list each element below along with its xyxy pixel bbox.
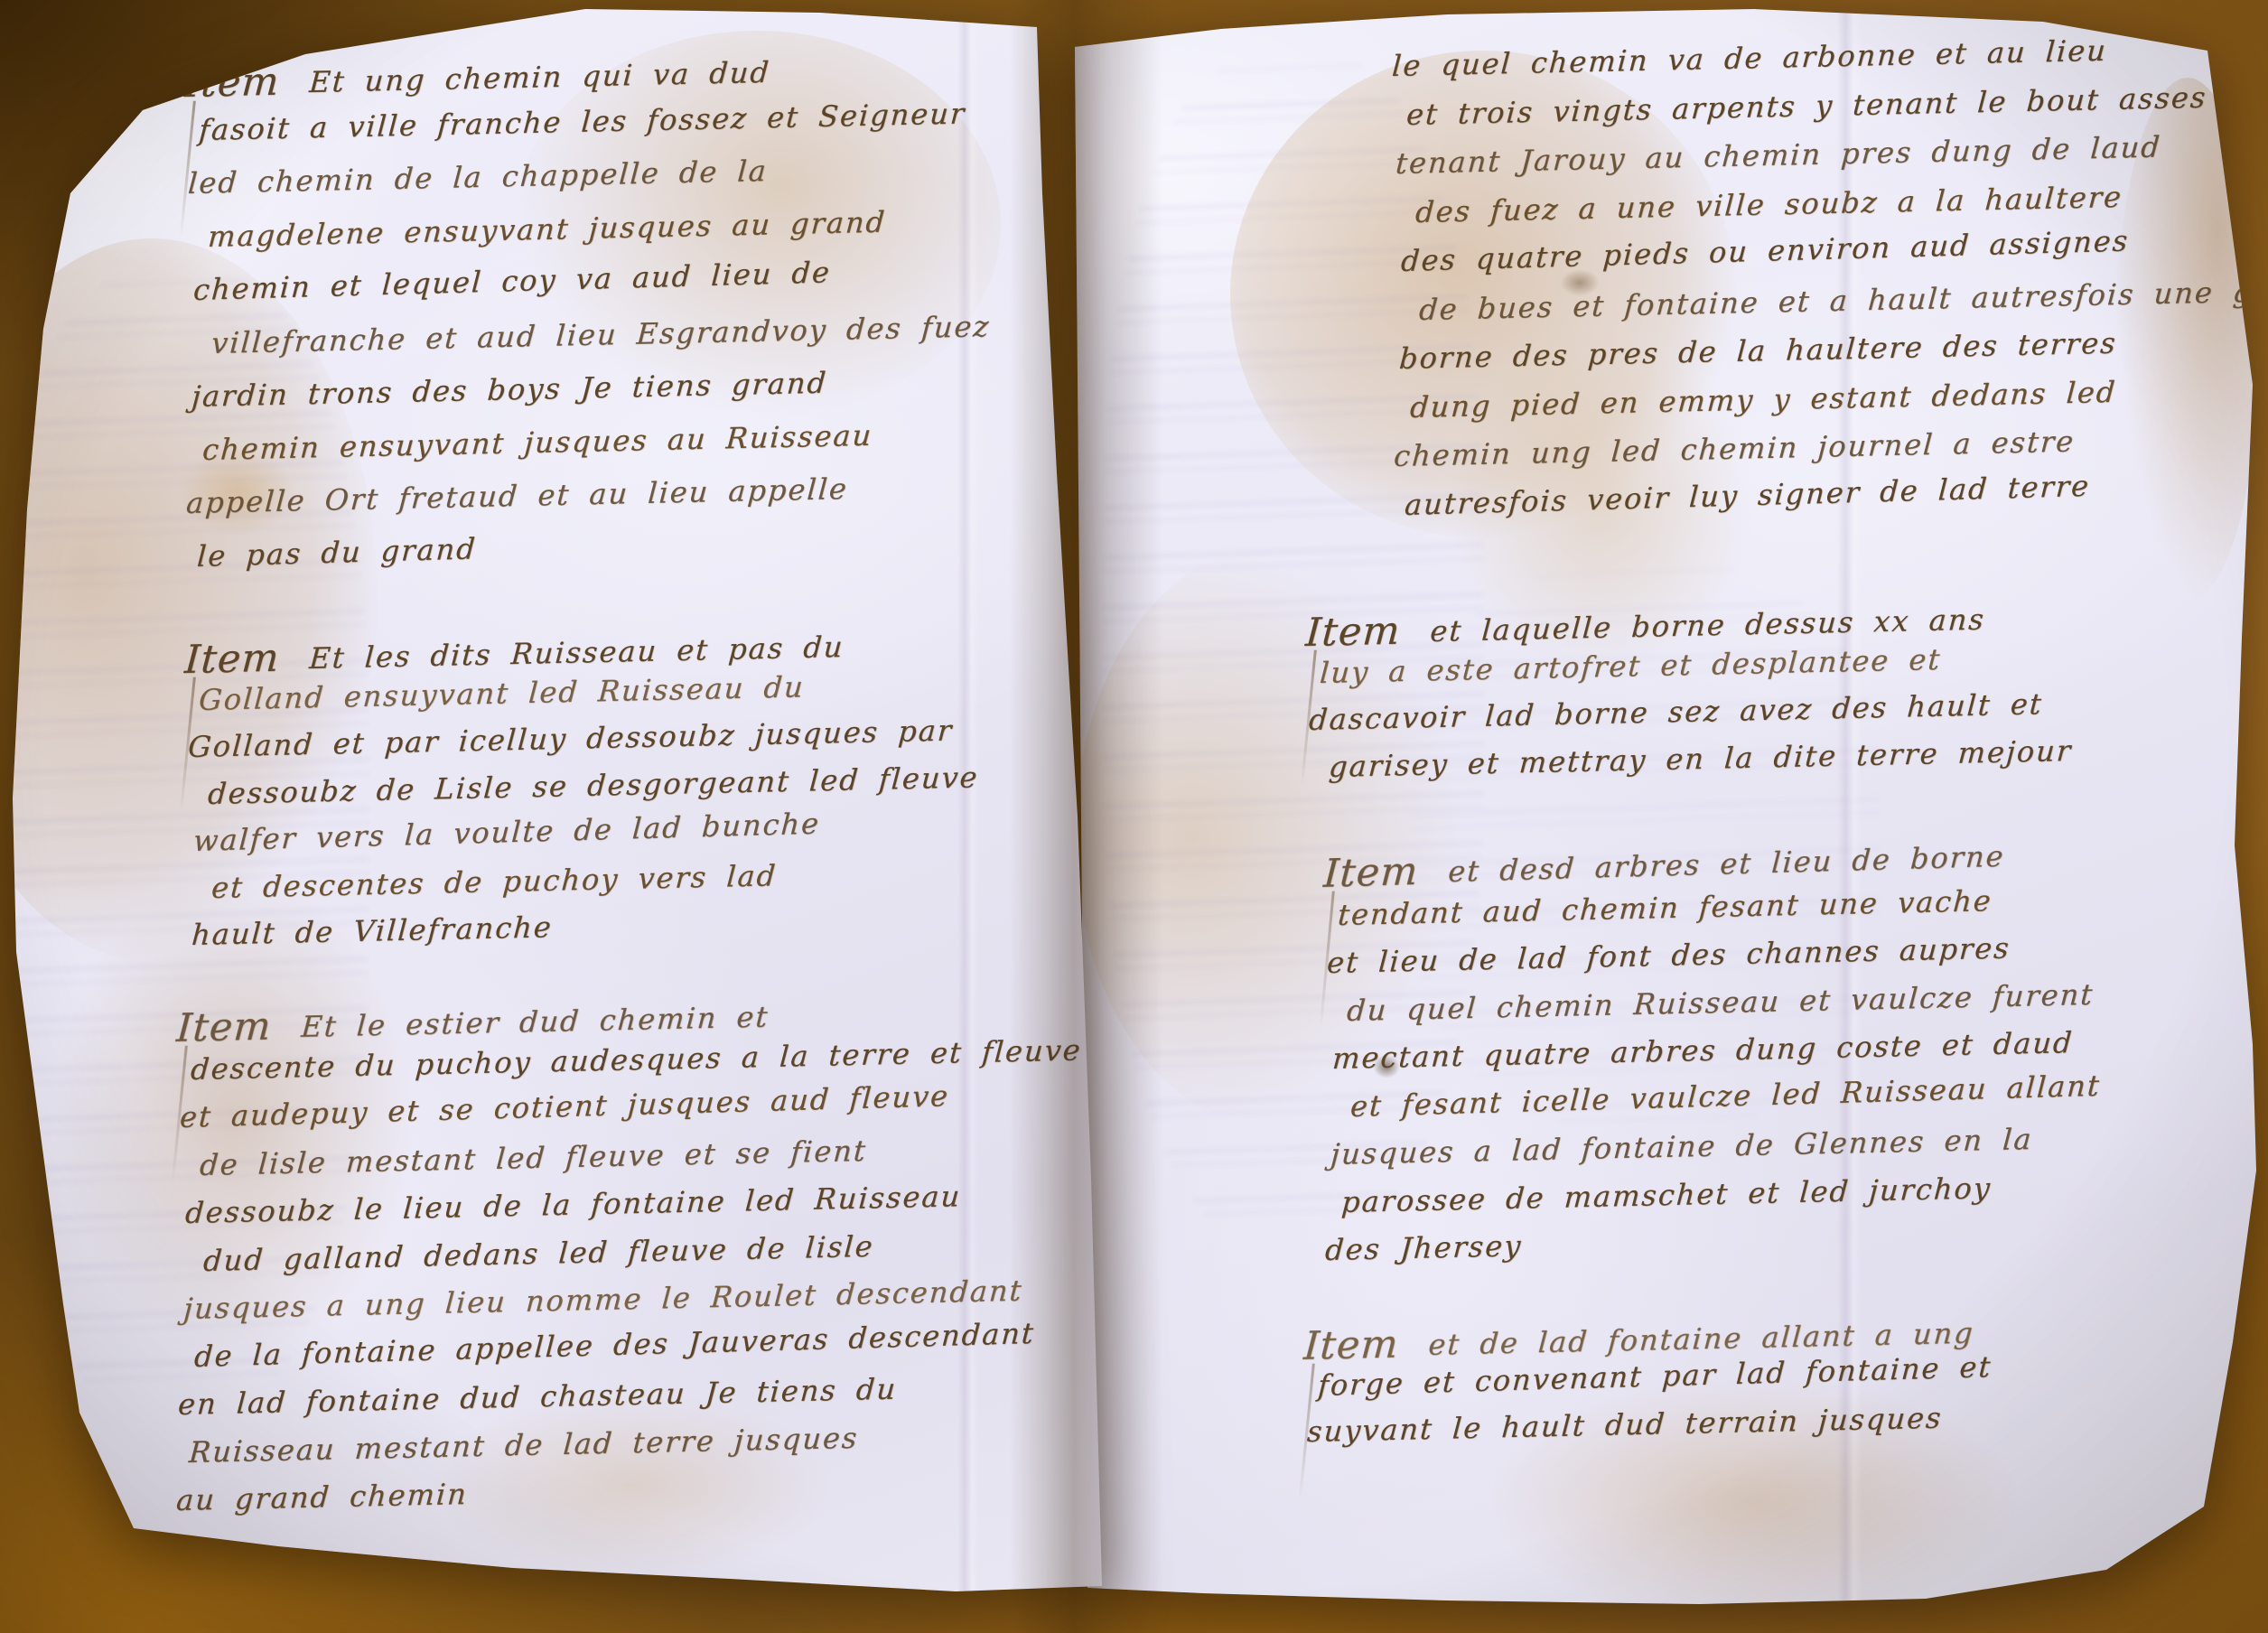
manuscript-line: jusques a lad fontaine de Glennes en la <box>1330 1122 2034 1171</box>
manuscript-line: dascavoir lad borne sez avez des hault e… <box>1308 686 2044 737</box>
item-initial: Item <box>1304 609 1402 656</box>
manuscript-line: et descentes de puchoy vers lad <box>210 858 778 905</box>
manuscript-line: borne des pres de la haultere des terres <box>1398 326 2118 376</box>
manuscript-line: dessoubz le lieu de la fontaine led Ruis… <box>184 1179 962 1230</box>
manuscript-line: dung pied en emmy y estant dedans led <box>1409 375 2118 425</box>
manuscript-line: en lad fontaine dud chasteau Je tiens du <box>177 1372 898 1422</box>
manuscript-line: jardin trons des boys Je tiens grand <box>191 366 828 414</box>
manuscript-line: mectant quatre arbres dung coste et daud <box>1331 1025 2075 1076</box>
manuscript-line: fasoit a ville franche les fossez et Sei… <box>198 96 966 147</box>
item-initial: Item <box>175 1004 273 1051</box>
manuscript-line: le quel chemin va de arbonne et au lieu <box>1391 33 2108 83</box>
right-page-text: le quel chemin va de arbonne et au lieue… <box>1068 5 2264 1627</box>
manuscript-line: et lieu de lad font des channes aupres <box>1326 930 2011 980</box>
item-initial: Item <box>183 60 281 107</box>
manuscript-line: walfer vers la voulte de lad bunche <box>192 807 821 858</box>
manuscript-line: Golland et par icelluy dessoubz jusques … <box>187 713 954 764</box>
manuscript-line: dessoubz de Lisle se desgorgeant led fle… <box>207 760 980 811</box>
manuscript-line: garisey et mettray en la dite terre mejo… <box>1328 733 2073 784</box>
item-initial: Item <box>183 636 281 683</box>
manuscript-line: led chemin de la chappelle de la <box>187 154 769 201</box>
manuscript-line: jusques a ung lieu nomme le Roulet desce… <box>182 1274 1024 1326</box>
manuscript-line: et trois vingts arpents y tenant le bout… <box>1405 80 2208 132</box>
manuscript-line: de lisle mestant led fleuve et se fient <box>199 1134 868 1182</box>
manuscript-line: le pas du grand <box>196 531 478 574</box>
manuscript-line: parossee de mamschet et led jurchoy <box>1340 1171 1993 1219</box>
manuscript-line: chemin ensuyvant jusques au Ruisseau <box>201 418 873 467</box>
manuscript-line: de la fontaine appellee des Jauveras des… <box>193 1316 1036 1374</box>
manuscript-line: et fesant icelle vaulcze led Ruisseau al… <box>1349 1068 2102 1124</box>
manuscript-line: villefranche et aud lieu Esgrandvoy des … <box>210 309 992 360</box>
left-page: Item Et ung chemin qui va dudfasoit a vi… <box>7 4 1118 1607</box>
manuscript-line: autresfois veoir luy signer de lad terre <box>1404 469 2091 522</box>
manuscript-line: tenant Jarouy au chemin pres dung de lau… <box>1395 129 2162 181</box>
left-page-text: Item Et ung chemin qui va dudfasoit a vi… <box>7 4 1118 1607</box>
left-page-wrap: Item Et ung chemin qui va dudfasoit a vi… <box>7 4 1118 1607</box>
manuscript-line: Ruisseau mestant de lad terre jusques <box>188 1421 860 1470</box>
manuscript-line: hault de Villefranche <box>191 910 554 952</box>
manuscript-line: des quatre pieds ou environ aud assignes <box>1400 223 2130 278</box>
manuscript-line: de bues et fontaine et a hault autresfoi… <box>1418 273 2268 327</box>
right-page-wrap: le quel chemin va de arbonne et au lieue… <box>1068 5 2264 1627</box>
manuscript-line: magdelene ensuyvant jusques au grand <box>207 205 887 254</box>
manuscript-line: suyvant le hault dud terrain jusques <box>1306 1401 1944 1449</box>
item-initial: Item <box>1322 849 1420 897</box>
manuscript-line: appelle Ort fretaud et au lieu appelle <box>185 471 849 520</box>
manuscript-line: chemin et lequel coy va aud lieu de <box>192 255 832 307</box>
manuscript-line: dud galland dedans led fleuve de lisle <box>202 1229 875 1278</box>
right-page: le quel chemin va de arbonne et au lieue… <box>1068 5 2264 1627</box>
manuscript-line: des fuez a une ville soubz a la haultere <box>1414 180 2123 229</box>
manuscript-line: chemin ung led chemin journel a estre <box>1393 424 2076 473</box>
manuscript-line: Item Et ung chemin qui va dud <box>183 47 772 105</box>
manuscript-line: du quel chemin Ruisseau et vaulcze furen… <box>1346 977 2095 1028</box>
manuscript-line: et audepuy et se cotient jusques aud fle… <box>179 1078 950 1134</box>
manuscript-line: au grand chemin <box>175 1477 469 1517</box>
manuscript-line: des Jhersey <box>1324 1228 1524 1267</box>
manuscript-photo: le quel chemin va de arbonne et au lieue… <box>0 0 2268 1633</box>
item-initial: Item <box>1302 1322 1400 1369</box>
